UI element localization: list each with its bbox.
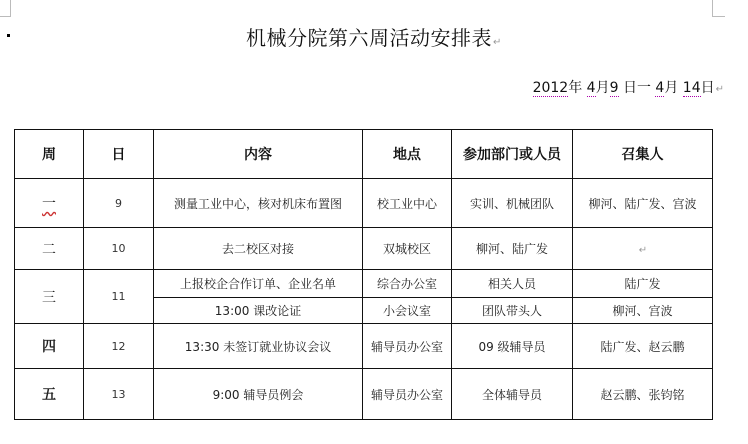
participants-cell: 团队带头人 (452, 298, 573, 324)
location-cell: 双城校区 (363, 228, 452, 270)
location-cell: 校工业中心 (363, 179, 452, 228)
content-cell: 上报校企合作订单、企业名单 (154, 270, 363, 298)
header-content: 内容 (154, 130, 363, 179)
header-convener: 召集人 (573, 130, 713, 179)
day-cell: 12 (84, 324, 154, 369)
month-char: 月 (596, 80, 610, 96)
convener-cell: 陆广发、赵云鹏 (573, 324, 713, 369)
paragraph-mark-icon: ↵ (493, 37, 502, 48)
convener-cell: 赵云鹏、张钧铭 (573, 369, 713, 420)
day-cell: 10 (84, 228, 154, 270)
content-cell: 测量工业中心，核对机床布置图 (154, 179, 363, 228)
weekday-cell: 五 (15, 369, 84, 420)
header-participants: 参加部门或人员 (452, 130, 573, 179)
table-row: 二 10 去二校区对接 双城校区 柳河、陆广发 ↵ (15, 228, 713, 270)
table-row: 一 9 测量工业中心，核对机床布置图 校工业中心 实训、机械团队 柳河、陆广发、… (15, 179, 713, 228)
date-separator: 一 (637, 80, 651, 96)
month-char: 月 (664, 80, 678, 96)
paragraph-mark-icon: ↵ (716, 84, 724, 95)
paragraph-mark-icon: ↵ (639, 245, 647, 256)
convener-cell: 柳河、陆广发、宫波 (573, 179, 713, 228)
table-row: 三 11 上报校企合作订单、企业名单 综合办公室 相关人员 陆广发 (15, 270, 713, 298)
weekday-cell: 一 (15, 179, 84, 228)
day-cell: 9 (84, 179, 154, 228)
participants-cell: 全体辅导员 (452, 369, 573, 420)
content-cell: 9:00 辅导员例会 (154, 369, 363, 420)
participants-cell: 实训、机械团队 (452, 179, 573, 228)
schedule-table: 周 日 内容 地点 参加部门或人员 召集人 一 9 测量工业中心，核对机床布置图… (14, 129, 713, 420)
table-row: 四 12 13:30 未签订就业协议会议 辅导员办公室 09 级辅导员 陆广发、… (15, 324, 713, 369)
year-char: 年 (568, 80, 582, 96)
convener-cell: ↵ (573, 228, 713, 270)
date-range: 2012年 4月9 日一 4月 14日↵ (533, 77, 724, 97)
content-cell: 13:30 未签订就业协议会议 (154, 324, 363, 369)
participants-cell: 09 级辅导员 (452, 324, 573, 369)
start-month: 4 (587, 80, 596, 97)
header-location: 地点 (363, 130, 452, 179)
table-row: 五 13 9:00 辅导员例会 辅导员办公室 全体辅导员 赵云鹏、张钧铭 (15, 369, 713, 420)
location-cell: 辅导员办公室 (363, 369, 452, 420)
content-cell: 去二校区对接 (154, 228, 363, 270)
page-corner-marker (712, 0, 725, 17)
header-day: 日 (84, 130, 154, 179)
weekday-cell: 四 (15, 324, 84, 369)
convener-cell: 陆广发 (573, 270, 713, 298)
convener-cell: 柳河、宫波 (573, 298, 713, 324)
document-title: 机械分院第六周活动安排表↵ (0, 22, 748, 51)
day-cell: 13 (84, 369, 154, 420)
start-day: 9 (610, 80, 619, 97)
participants-cell: 柳河、陆广发 (452, 228, 573, 270)
location-cell: 小会议室 (363, 298, 452, 324)
weekday-cell: 三 (15, 270, 84, 324)
weekday-text: 一 (42, 196, 56, 212)
table-header-row: 周 日 内容 地点 参加部门或人员 召集人 (15, 130, 713, 179)
location-cell: 综合办公室 (363, 270, 452, 298)
header-weekday: 周 (15, 130, 84, 179)
weekday-cell: 二 (15, 228, 84, 270)
year: 2012 (533, 80, 569, 97)
title-text: 机械分院第六周活动安排表 (246, 26, 492, 50)
end-day: 14 (683, 80, 701, 97)
end-month: 4 (655, 80, 664, 97)
participants-cell: 相关人员 (452, 270, 573, 298)
day-char: 日 (701, 80, 715, 96)
location-cell: 辅导员办公室 (363, 324, 452, 369)
day-char: 日 (623, 80, 637, 96)
page-corner-marker (0, 0, 11, 17)
content-cell: 13:00 课改论证 (154, 298, 363, 324)
day-cell: 11 (84, 270, 154, 324)
